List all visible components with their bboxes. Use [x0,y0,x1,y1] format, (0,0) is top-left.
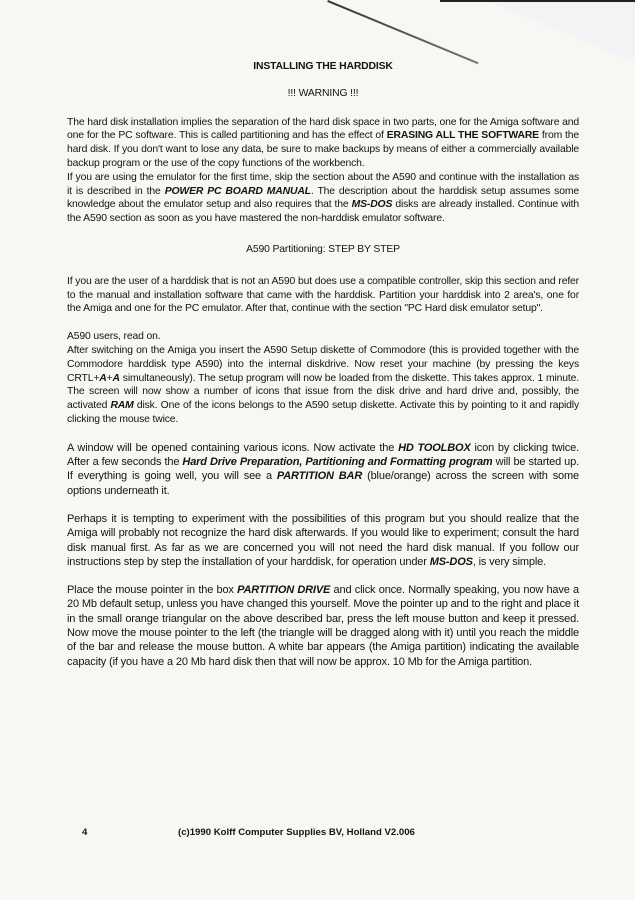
folded-corner [485,0,635,62]
program-name: Hard Drive Preparation, Partitioning and… [182,456,492,468]
text: disk. One of the icons belongs to the A5… [67,400,579,425]
manual-reference: POWER PC BOARD MANUAL [165,186,311,197]
erase-warning: ERASING ALL THE SOFTWARE [387,130,539,141]
page-title: INSTALLING THE HARDDISK [67,60,579,74]
place-paragraph: Place the mouse pointer in the box PARTI… [67,583,579,669]
scanned-page: INSTALLING THE HARDDISK !!! WARNING !!! … [0,0,635,900]
text: A window will be opened containing vario… [67,442,398,454]
a590-lead: A590 users, read on. [67,330,579,344]
msdos-reference: MS-DOS [430,556,473,568]
partition-drive: PARTITION DRIVE [237,584,330,596]
a590-paragraph: After switching on the Amiga you insert … [67,344,579,427]
page-number: 4 [82,827,87,838]
msdos-reference: MS-DOS [352,199,393,210]
scan-noise [0,870,635,900]
section-heading: A590 Partitioning: STEP BY STEP [67,243,579,257]
document-body: INSTALLING THE HARDDISK !!! WARNING !!! … [67,60,579,669]
page-edge-shadow [440,0,635,2]
ram-disk: RAM [110,400,133,411]
partition-bar: PARTITION BAR [277,470,362,482]
compat-paragraph: If you are the user of a harddisk that i… [67,275,579,316]
window-paragraph: A window will be opened containing vario… [67,441,579,498]
key: A [99,373,106,384]
copyright-notice: (c)1990 Kolff Computer Supplies BV, Holl… [178,827,415,838]
warning-heading: !!! WARNING !!! [67,87,579,101]
perhaps-paragraph: Perhaps it is tempting to experiment wit… [67,512,579,569]
text: , is very simple. [473,556,546,568]
key: A [113,373,120,384]
text: Place the mouse pointer in the box [67,584,237,596]
intro-paragraph-2: If you are using the emulator for the fi… [67,171,579,226]
hd-toolbox: HD TOOLBOX [398,442,471,454]
intro-paragraph-1: The hard disk installation implies the s… [67,116,579,171]
text: and click once. Normally speaking, you n… [67,584,579,667]
fold-line [327,0,478,64]
